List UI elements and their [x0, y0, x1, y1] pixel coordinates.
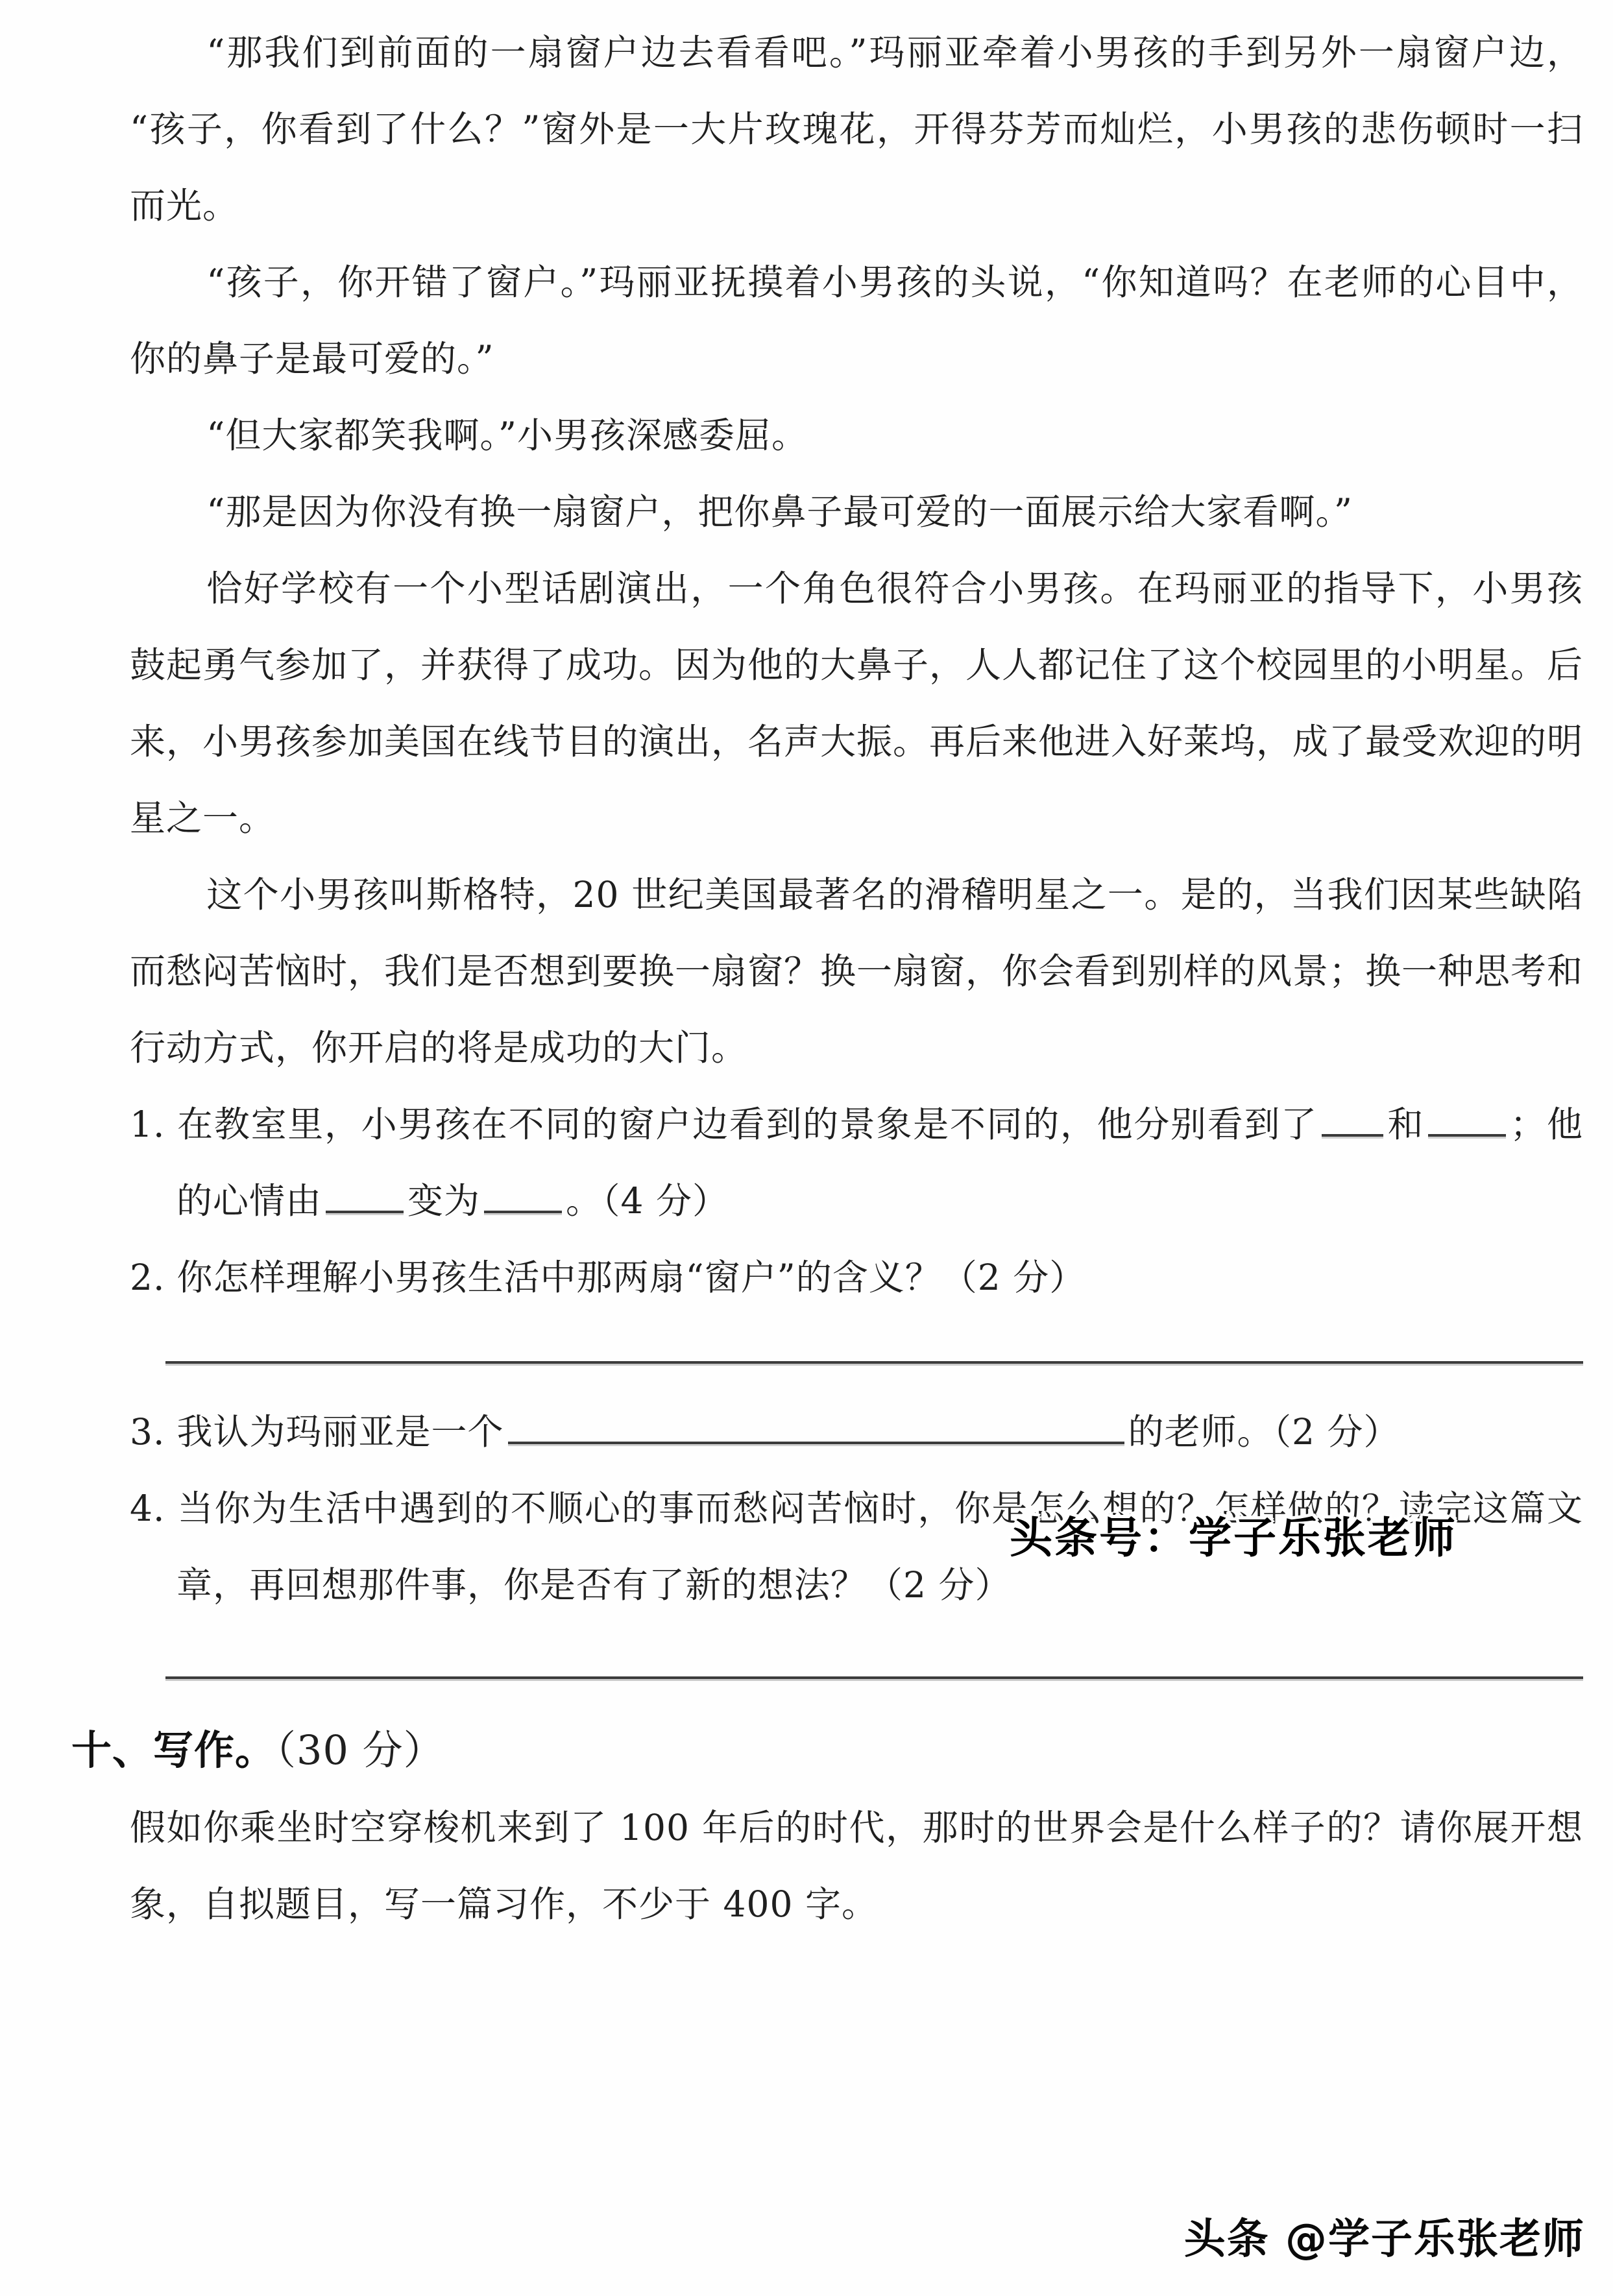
question-1-text: 。（4 分）: [566, 1180, 729, 1222]
writing-section-score: （30 分）: [276, 1726, 444, 1774]
question-1: 1.在教室里，小男孩在不同的窗户边看到的景象是不同的，他分别看到了和；他的心情由…: [130, 1086, 1583, 1239]
question-3-number: 3.: [130, 1411, 165, 1453]
passage-paragraph-3: “但大家都笑我啊。”小男孩深感委屈。: [130, 397, 1583, 474]
question-list: 1.在教室里，小男孩在不同的窗户边看到的景象是不同的，他分别看到了和；他的心情由…: [0, 1086, 1613, 1679]
writing-section-title: 十、写作。: [71, 1726, 276, 1774]
answer-blank: [508, 1435, 1124, 1444]
passage-paragraph-1: “那我们到前面的一扇窗户边去看看吧。”玛丽亚牵着小男孩的手到另外一扇窗户边，“孩…: [130, 14, 1583, 244]
answer-blank: [484, 1204, 562, 1213]
writing-section: 十、写作。（30 分） 假如你乘坐时空穿梭机来到了 100 年后的时代，那时的世…: [0, 1711, 1613, 1942]
reading-passage: “那我们到前面的一扇窗户边去看看吧。”玛丽亚牵着小男孩的手到另外一扇窗户边，“孩…: [0, 0, 1613, 1086]
passage-paragraph-5: 恰好学校有一个小型话剧演出，一个角色很符合小男孩。在玛丽亚的指导下，小男孩鼓起勇…: [130, 550, 1583, 856]
passage-paragraph-6: 这个小男孩叫斯格特，20 世纪美国最著名的滑稽明星之一。是的，当我们因某些缺陷而…: [130, 856, 1583, 1086]
answer-blank: [1428, 1128, 1506, 1137]
question-2: 2.你怎样理解小男孩生活中那两扇“窗户”的含义？（2 分）: [130, 1239, 1583, 1316]
writing-prompt: 假如你乘坐时空穿梭机来到了 100 年后的时代，那时的世界会是什么样子的？请你展…: [71, 1789, 1583, 1942]
question-1-text: 和: [1387, 1104, 1424, 1145]
question-2-text: 你怎样理解小男孩生活中那两扇“窗户”的含义？（2 分）: [176, 1257, 1085, 1298]
writing-section-heading: 十、写作。（30 分）: [71, 1711, 1583, 1789]
answer-line: [165, 1676, 1583, 1679]
passage-paragraph-2: “孩子，你开错了窗户。”玛丽亚抚摸着小男孩的头说，“你知道吗？在老师的心目中，你…: [130, 244, 1583, 397]
question-1-number: 1.: [130, 1104, 165, 1145]
answer-line: [165, 1361, 1583, 1364]
question-3: 3.我认为玛丽亚是一个的老师。（2 分）: [130, 1394, 1583, 1470]
watermark-footer: 头条 @学子乐张老师: [1184, 2219, 1585, 2260]
question-1-text: 在教室里，小男孩在不同的窗户边看到的景象是不同的，他分别看到了: [176, 1104, 1317, 1145]
passage-paragraph-4: “那是因为你没有换一扇窗户，把你鼻子最可爱的一面展示给大家看啊。”: [130, 474, 1583, 550]
question-1-text: 变为: [407, 1180, 480, 1222]
question-2-number: 2.: [130, 1257, 165, 1298]
watermark-inline: 头条号：学子乐张老师: [1010, 1517, 1457, 1560]
exam-paper: “那我们到前面的一扇窗户边去看看吧。”玛丽亚牵着小男孩的手到另外一扇窗户边，“孩…: [0, 0, 1613, 2296]
answer-blank: [326, 1204, 404, 1213]
question-3-text: 我认为玛丽亚是一个: [176, 1411, 503, 1453]
question-3-text: 的老师。（2 分）: [1128, 1411, 1400, 1453]
answer-blank: [1322, 1128, 1383, 1137]
question-4-number: 4.: [130, 1488, 165, 1529]
